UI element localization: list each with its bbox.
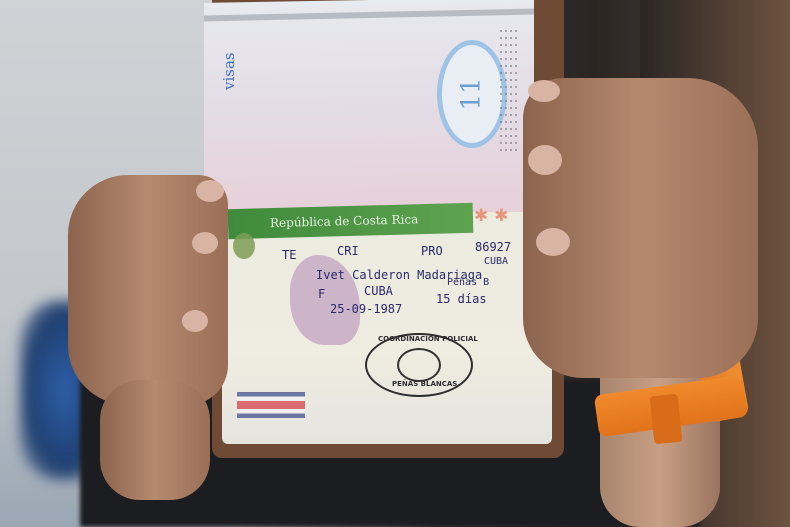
visa-country-code: CRI xyxy=(337,244,359,258)
visa-category: PRO xyxy=(421,244,443,258)
coat-of-arms-icon xyxy=(233,233,255,259)
visa-nationality: CUBA xyxy=(364,284,393,298)
right-fingernail xyxy=(528,145,562,175)
left-forearm xyxy=(100,380,210,500)
visa-number: 86927 xyxy=(475,240,511,254)
strap-keeper xyxy=(650,394,683,445)
visa-type: TE xyxy=(282,248,296,262)
visa-birth-date: 25-09-1987 xyxy=(330,302,402,316)
visa-header: República de Costa Rica xyxy=(228,203,474,239)
stamp-emblem-icon xyxy=(397,348,441,382)
left-thumbnail xyxy=(196,180,224,202)
costa-rica-flag xyxy=(237,392,305,418)
visas-label: visas xyxy=(220,52,238,90)
left-hand xyxy=(68,175,228,405)
visa-issue-place: Peñas B xyxy=(447,277,489,288)
visa-sex: F xyxy=(318,287,325,301)
stars-icon: ✱✱ xyxy=(474,206,515,226)
stamp-bottom-text: PEÑAS BLANCAS xyxy=(392,380,457,388)
left-fingernail xyxy=(192,232,218,254)
left-fingernail xyxy=(182,310,208,332)
right-fingernail xyxy=(536,228,570,256)
stamp-top-text: COORDINACION POLICIAL xyxy=(378,335,478,343)
right-fingernail xyxy=(528,80,560,102)
page-number: 11 xyxy=(457,77,487,110)
page-number-badge: 11 xyxy=(437,40,507,148)
visa-nationality-top: CUBA xyxy=(484,256,508,267)
visa-duration: 15 días xyxy=(436,292,487,306)
perforated-serial xyxy=(500,30,520,155)
